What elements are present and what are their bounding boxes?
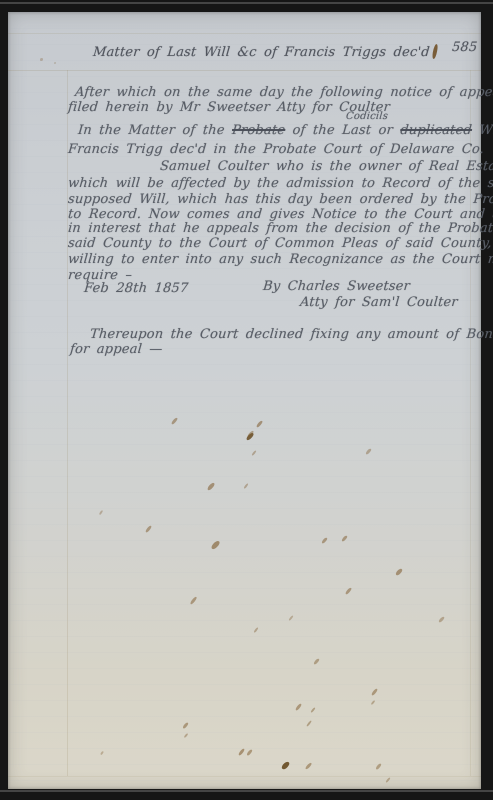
notice-line-1-seg-2: of the Last or xyxy=(285,123,401,138)
notice-line-7: in interest that he appeals from the dec… xyxy=(67,221,493,236)
notice-line-9: willing to enter into any such Recogniza… xyxy=(67,252,493,267)
signature-by: By Charles Sweetser xyxy=(262,279,410,294)
notice-date: Feb 28th 1857 xyxy=(83,281,189,296)
closing-line-1: Thereupon the Court declined fixing any … xyxy=(89,327,493,342)
header-rule-top xyxy=(8,33,481,34)
interlined-insertion: Codicils xyxy=(346,111,389,122)
notice-line-1: In the Matter of the Probate of the Last… xyxy=(77,123,493,138)
notice-line-6: to Record. Now comes and gives Notice to… xyxy=(67,207,493,222)
notice-line-4: which will be affected by the admission … xyxy=(67,176,493,191)
notice-line-5: supposed Will, which has this day been o… xyxy=(67,192,493,207)
intro-line-2: filed herein by Mr Sweetser Atty for Cou… xyxy=(67,100,390,115)
notice-line-1-struck-2: duplicated xyxy=(400,123,473,138)
notice-line-3: Samuel Coulter who is the owner of Real … xyxy=(159,159,493,174)
notice-line-1-struck-1: Probate xyxy=(231,123,285,138)
closing-line-2: for appeal — xyxy=(69,342,163,357)
frame-bottom-highlight xyxy=(0,790,493,792)
photo-frame: Matter of Last Will &c of Francis Triggs… xyxy=(0,0,493,800)
footer-rule xyxy=(8,776,481,777)
notice-line-1-seg-1: In the Matter of the xyxy=(77,123,232,138)
notice-line-2: Francis Trigg dec'd in the Probate Court… xyxy=(67,142,484,157)
intro-line-1: After which on the same day the followin… xyxy=(74,85,493,100)
notice-line-8: said County to the Court of Common Pleas… xyxy=(67,236,493,251)
notice-line-1-seg-3: Will of xyxy=(471,123,493,138)
page-header-title: Matter of Last Will &c of Francis Triggs… xyxy=(92,45,430,60)
page-number: 585 xyxy=(451,40,478,55)
frame-top-highlight xyxy=(0,2,493,4)
header-rule-bottom xyxy=(8,70,481,71)
signature-role: Atty for Sam'l Coulter xyxy=(299,295,458,310)
